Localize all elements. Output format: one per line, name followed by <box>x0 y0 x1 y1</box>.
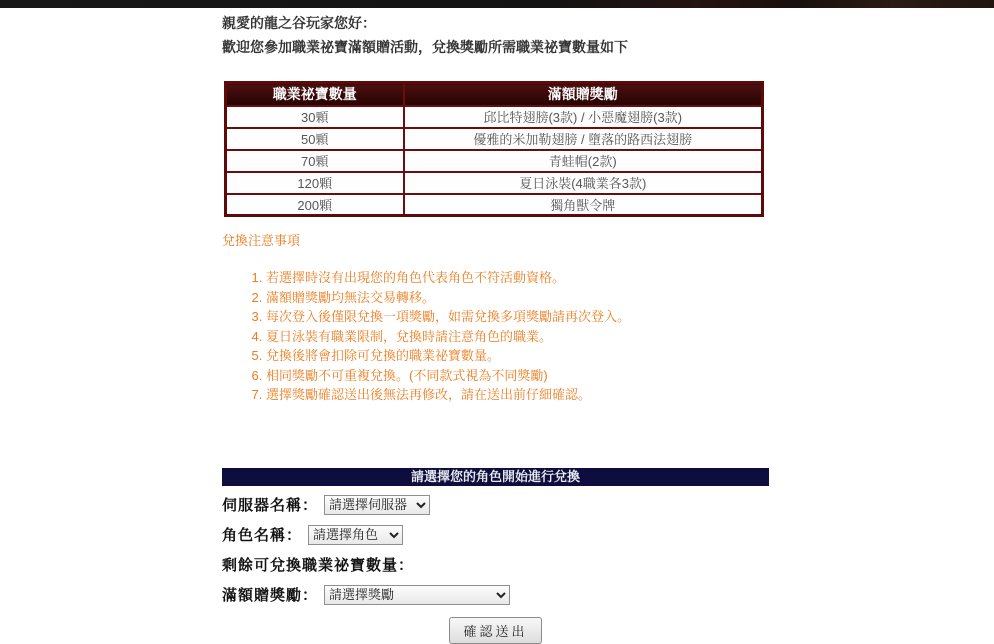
note-item: 選擇獎勵確認送出後無法再修改，請在送出前仔細確認。 <box>266 385 774 405</box>
table-cell-reward: 夏日泳裝(4職業各3款) <box>404 172 763 194</box>
reward-select[interactable]: 請選擇獎勵 <box>324 585 510 605</box>
main-content: 親愛的龍之谷玩家您好： 歡迎您參加職業祕寶滿額贈活動，兌換獎勵所需職業祕寶數量如… <box>222 8 774 608</box>
table-cell-quantity: 70顆 <box>226 150 404 172</box>
notes-list: 若選擇時沒有出現您的角色代表角色不符活動資格。 滿額贈獎勵均無法交易轉移。 每次… <box>222 268 774 405</box>
exchange-form: 請選擇您的角色開始進行兌換 伺服器名稱： 請選擇伺服器 角色名稱： 請選擇角色 … <box>222 468 774 609</box>
table-cell-quantity: 50顆 <box>226 128 404 150</box>
table-row: 30顆 邱比特翅膀(3款) / 小惡魔翅膀(3款) <box>226 106 763 128</box>
reward-row: 滿額贈獎勵： 請選擇獎勵 <box>222 584 774 606</box>
server-select[interactable]: 請選擇伺服器 <box>324 495 430 515</box>
table-row: 200顆 獨角獸令牌 <box>226 194 763 216</box>
table-cell-reward: 青蛙帽(2款) <box>404 150 763 172</box>
table-cell-reward: 優雅的米加勒翅膀 / 墮落的路西法翅膀 <box>404 128 763 150</box>
table-cell-reward: 獨角獸令牌 <box>404 194 763 216</box>
table-cell-quantity: 200顆 <box>226 194 404 216</box>
rewards-table: 職業祕寶數量 滿額贈獎勵 30顆 邱比特翅膀(3款) / 小惡魔翅膀(3款) 5… <box>224 81 764 217</box>
reward-label: 滿額贈獎勵： <box>222 584 318 605</box>
note-item: 相同獎勵不可重複兌換。(不同款式視為不同獎勵) <box>266 366 774 386</box>
table-header-quantity: 職業祕寶數量 <box>226 83 404 106</box>
greeting-line-2: 歡迎您參加職業祕寶滿額贈活動，兌換獎勵所需職業祕寶數量如下 <box>222 39 774 56</box>
character-name-label: 角色名稱： <box>222 524 302 545</box>
table-cell-quantity: 120顆 <box>226 172 404 194</box>
server-row: 伺服器名稱： 請選擇伺服器 <box>222 494 774 516</box>
form-header: 請選擇您的角色開始進行兌換 <box>222 468 769 486</box>
note-item: 夏日泳裝有職業限制，兌換時請注意角色的職業。 <box>266 327 774 347</box>
table-cell-reward: 邱比特翅膀(3款) / 小惡魔翅膀(3款) <box>404 106 763 128</box>
table-header-reward: 滿額贈獎勵 <box>404 83 763 106</box>
note-item: 每次登入後僅限兌換一項獎勵，如需兌換多項獎勵請再次登入。 <box>266 307 774 327</box>
table-header-row: 職業祕寶數量 滿額贈獎勵 <box>226 83 763 106</box>
table-row: 120顆 夏日泳裝(4職業各3款) <box>226 172 763 194</box>
top-banner <box>0 0 994 8</box>
table-row: 50顆 優雅的米加勒翅膀 / 墮落的路西法翅膀 <box>226 128 763 150</box>
greeting-line-1: 親愛的龍之谷玩家您好： <box>222 15 774 32</box>
remaining-count-label: 剩餘可兌換職業祕寶數量： <box>222 554 414 575</box>
table-cell-quantity: 30顆 <box>226 106 404 128</box>
table-row: 70顆 青蛙帽(2款) <box>226 150 763 172</box>
character-row: 角色名稱： 請選擇角色 <box>222 524 774 546</box>
note-item: 若選擇時沒有出現您的角色代表角色不符活動資格。 <box>266 268 774 288</box>
remaining-row: 剩餘可兌換職業祕寶數量： <box>222 554 774 576</box>
character-select[interactable]: 請選擇角色 <box>308 525 403 545</box>
notes-title: 兌換注意事項 <box>222 230 774 249</box>
note-item: 兌換後將會扣除可兌換的職業祕寶數量。 <box>266 346 774 366</box>
server-name-label: 伺服器名稱： <box>222 494 318 515</box>
note-item: 滿額贈獎勵均無法交易轉移。 <box>266 288 774 308</box>
